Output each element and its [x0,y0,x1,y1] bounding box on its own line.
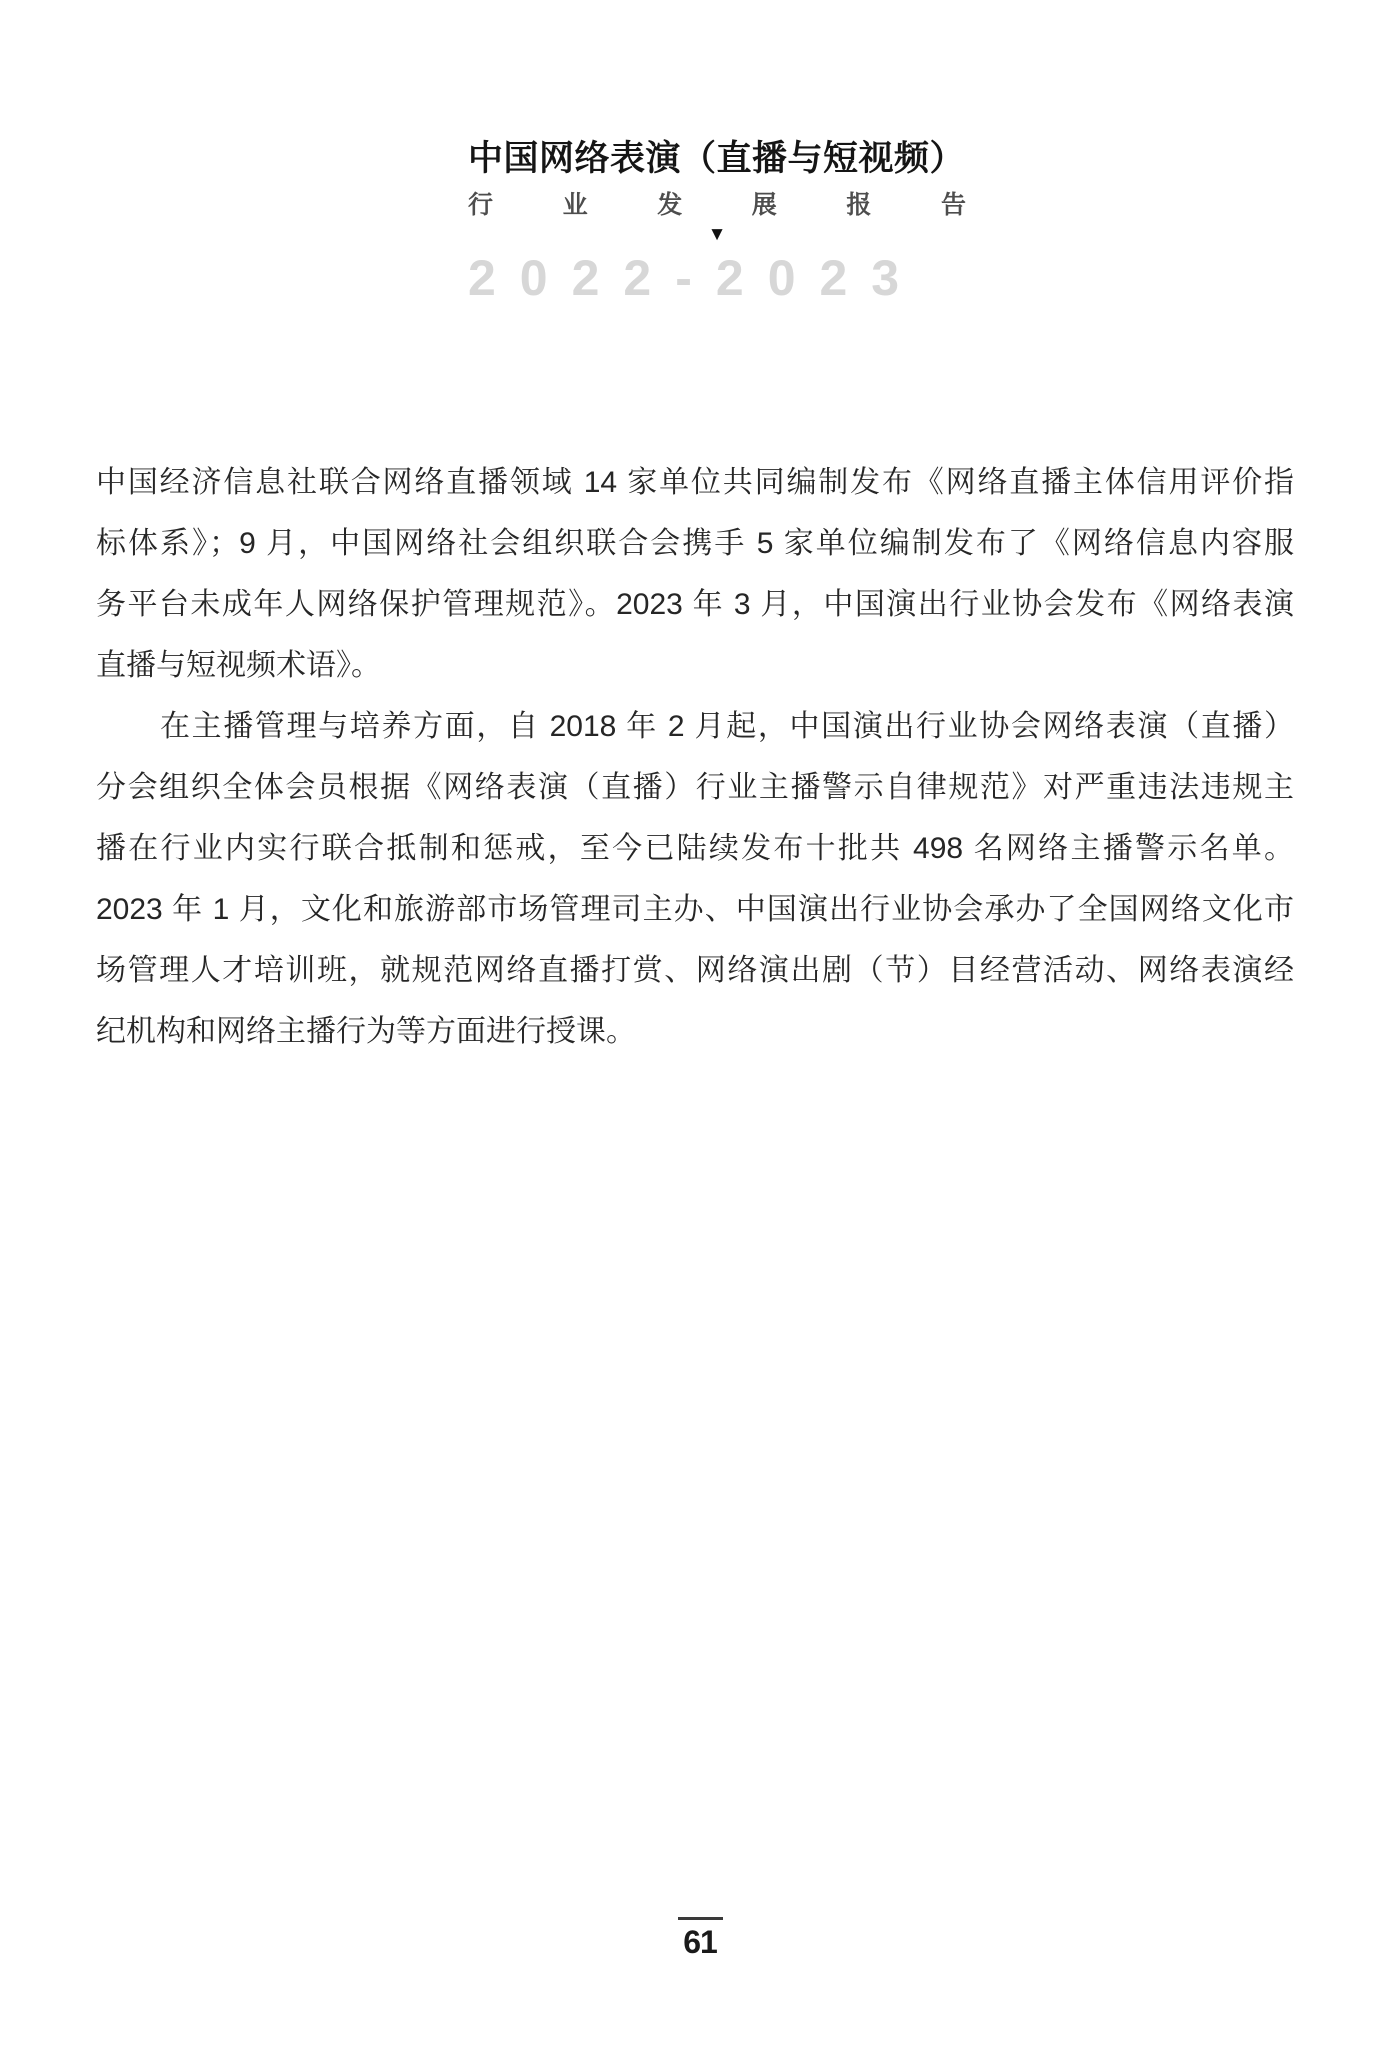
down-triangle-icon: ▼ [468,224,966,246]
paragraph-1: 中国经济信息社联合网络直播领域 14 家单位共同编制发布《网络直播主体信用评价指… [96,452,1294,696]
text-line: 纪机构和网络主播行为等方面进行授课。 [96,1001,1294,1062]
text-line: 在主播管理与培养方面，自 2018 年 2 月起，中国演出行业协会网络表演（直播… [96,696,1294,757]
page-footer: 61 [0,1917,1400,1959]
text-line: 直播与短视频术语》。 [96,635,1294,696]
text-line: 务平台未成年人网络保护管理规范》。2023 年 3 月，中国演出行业协会发布《网… [96,574,1294,635]
text-line: 中国经济信息社联合网络直播领域 14 家单位共同编制发布《网络直播主体信用评价指 [96,452,1294,513]
report-header: 中国网络表演（直播与短视频） 行业发展报告 ▼ 2022-2023 [468,136,966,306]
text-line: 分会组织全体会员根据《网络表演（直播）行业主播警示自律规范》对严重违法违规主 [96,757,1294,818]
page-number: 61 [0,1925,1400,1959]
report-title: 中国网络表演（直播与短视频） [468,136,966,182]
text-line: 2023 年 1 月，文化和旅游部市场管理司主办、中国演出行业协会承办了全国网络… [96,879,1294,940]
text-line: 标体系》；9 月，中国网络社会组织联合会携手 5 家单位编制发布了《网络信息内容… [96,513,1294,574]
edition-years: 2022-2023 [468,250,966,306]
report-page: 中国网络表演（直播与短视频） 行业发展报告 ▼ 2022-2023 中国经济信息… [0,0,1400,2050]
body-text: 中国经济信息社联合网络直播领域 14 家单位共同编制发布《网络直播主体信用评价指… [96,452,1294,1062]
report-subtitle: 行业发展报告 [468,189,966,221]
text-line: 播在行业内实行联合抵制和惩戒，至今已陆续发布十批共 498 名网络主播警示名单。 [96,818,1294,879]
paragraph-2: 在主播管理与培养方面，自 2018 年 2 月起，中国演出行业协会网络表演（直播… [96,696,1294,1062]
footer-rule [678,1917,723,1920]
text-line: 场管理人才培训班，就规范网络直播打赏、网络演出剧（节）目经营活动、网络表演经 [96,940,1294,1001]
